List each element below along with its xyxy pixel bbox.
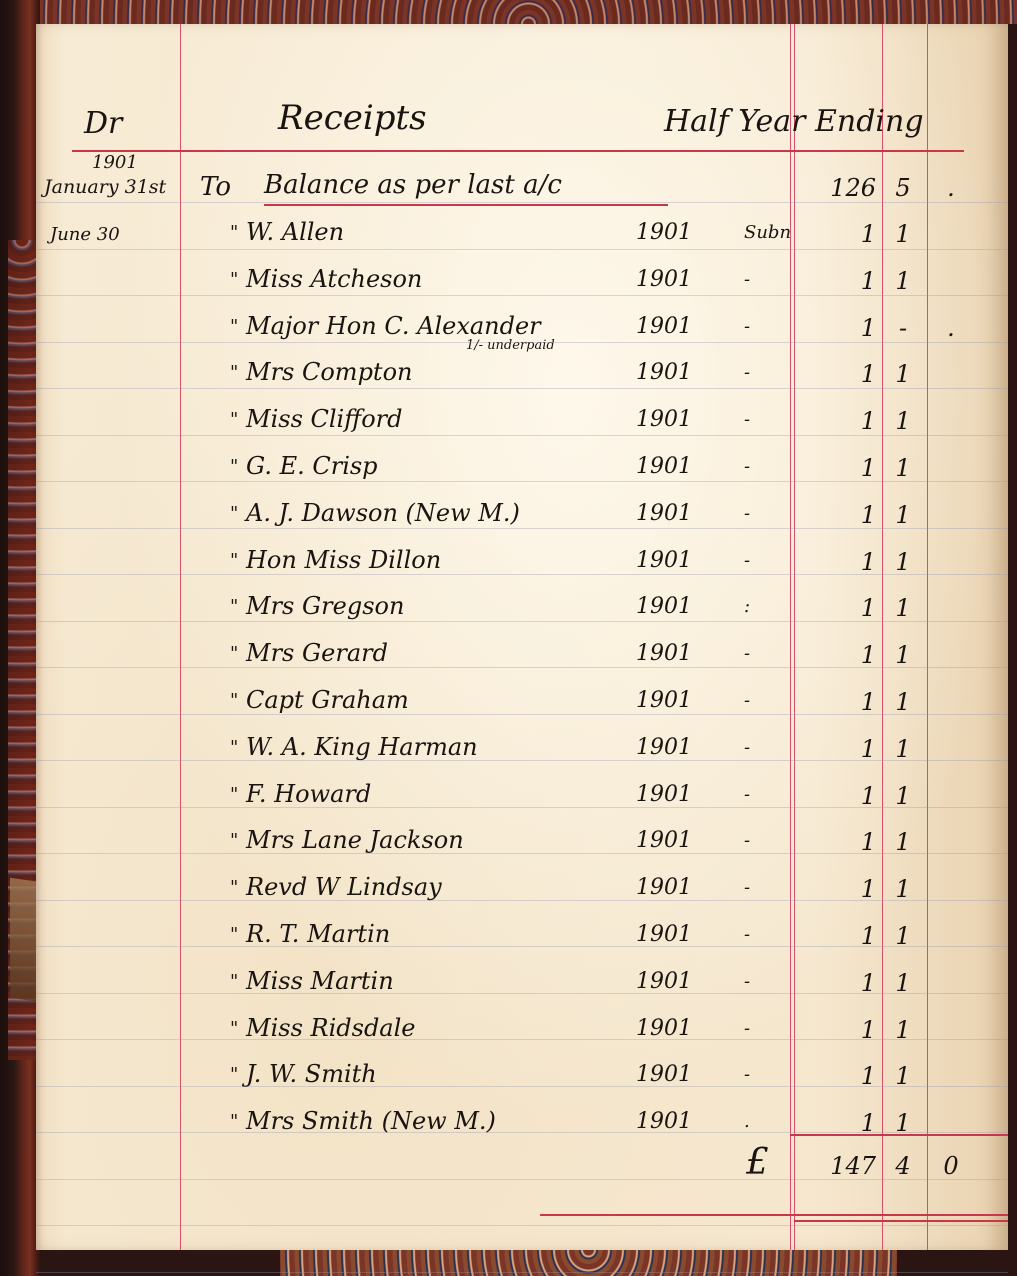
opening-date: January 31st bbox=[44, 176, 166, 198]
opening-year: 1901 bbox=[92, 152, 138, 173]
subscriber-name: Miss Atcheson bbox=[246, 265, 422, 293]
ruled-line bbox=[36, 853, 1008, 854]
subscription-year: 1901 bbox=[636, 454, 692, 479]
amount-pounds: 1 bbox=[816, 314, 876, 342]
ruled-line bbox=[36, 621, 1008, 622]
ruled-line bbox=[36, 760, 1008, 761]
total-pence: 0 bbox=[936, 1152, 966, 1180]
subscription-year: 1901 bbox=[636, 875, 692, 900]
opening-prefix: To bbox=[200, 172, 231, 202]
marbled-edge-top bbox=[40, 0, 1017, 24]
ruled-line bbox=[36, 1272, 1008, 1273]
subscription-year: 1901 bbox=[636, 922, 692, 947]
subscriber-name: Mrs Compton bbox=[246, 358, 412, 386]
ditto-mark: " bbox=[230, 409, 238, 430]
ditto-note: - bbox=[744, 924, 750, 945]
ledger-entry-row: "Capt Graham1901-11 bbox=[36, 682, 1008, 728]
ruled-line bbox=[36, 202, 1008, 203]
subscriber-sub-note: 1/- underpaid bbox=[466, 338, 555, 353]
ditto-mark: " bbox=[230, 924, 238, 945]
ledger-entry-row: "G. E. Crisp1901-11 bbox=[36, 448, 1008, 494]
dr-label: Dr bbox=[84, 106, 122, 141]
amount-pounds: 1 bbox=[816, 454, 876, 482]
ditto-mark: " bbox=[230, 269, 238, 290]
ditto-note: - bbox=[744, 830, 750, 851]
subscriber-name: Hon Miss Dillon bbox=[246, 546, 441, 574]
ledger-entry-row: "Mrs Compton1901-11 bbox=[36, 354, 1008, 400]
subscription-year: 1901 bbox=[636, 782, 692, 807]
subscription-year: 1901 bbox=[636, 1109, 692, 1134]
ditto-note: - bbox=[744, 550, 750, 571]
subscription-year: 1901 bbox=[636, 594, 692, 619]
ruled-line bbox=[36, 1039, 1008, 1040]
amount-shillings: 1 bbox=[888, 688, 918, 716]
subscriber-name: Major Hon C. Alexander bbox=[246, 312, 541, 340]
ditto-note: - bbox=[744, 316, 750, 337]
ruled-line bbox=[36, 1086, 1008, 1087]
ditto-note: - bbox=[744, 971, 750, 992]
subscriber-name: W. A. King Harman bbox=[246, 733, 478, 761]
amount-shillings: 1 bbox=[888, 220, 918, 248]
ditto-note: - bbox=[744, 877, 750, 898]
ruled-line bbox=[36, 435, 1008, 436]
subscriber-name: G. E. Crisp bbox=[246, 452, 378, 480]
total-pounds: 147 bbox=[816, 1152, 876, 1180]
ledger-entry-row: "J. W. Smith1901-11 bbox=[36, 1056, 1008, 1102]
amount-shillings: 1 bbox=[888, 782, 918, 810]
ditto-mark: " bbox=[230, 316, 238, 337]
amount-shillings: 1 bbox=[888, 735, 918, 763]
subscriber-name: Mrs Gerard bbox=[246, 639, 388, 667]
ditto-mark: " bbox=[230, 456, 238, 477]
amount-pounds: 1 bbox=[816, 501, 876, 529]
opening-underline bbox=[264, 204, 668, 206]
ledger-entry-row: "W. A. King Harman1901-11 bbox=[36, 729, 1008, 775]
ledger-entry-row: "Miss Atcheson1901-11 bbox=[36, 261, 1008, 307]
ditto-note: : bbox=[744, 596, 750, 617]
ruled-line bbox=[36, 528, 1008, 529]
ledger-entry-row: "Miss Clifford1901-11 bbox=[36, 401, 1008, 447]
subscriber-name: Miss Clifford bbox=[246, 405, 403, 433]
currency-symbol: £ bbox=[746, 1142, 769, 1183]
amount-shillings: 1 bbox=[888, 501, 918, 529]
ruled-line bbox=[36, 342, 1008, 343]
ditto-mark: " bbox=[230, 222, 238, 243]
ruled-line bbox=[36, 481, 1008, 482]
amount-shillings: 1 bbox=[888, 641, 918, 669]
ditto-note: - bbox=[744, 503, 750, 524]
ledger-entry-row: "Mrs Lane Jackson1901-11 bbox=[36, 822, 1008, 868]
ruled-line bbox=[36, 574, 1008, 575]
amount-pounds: 1 bbox=[816, 875, 876, 903]
ledger-entry-row: "F. Howard1901-11 bbox=[36, 776, 1008, 822]
ledger-entry-row: "Mrs Smith (New M.)1901.11 bbox=[36, 1103, 1008, 1149]
subscription-year: 1901 bbox=[636, 501, 692, 526]
amount-shillings: - bbox=[888, 314, 918, 342]
ruled-line bbox=[36, 295, 1008, 296]
subscription-year: 1901 bbox=[636, 1062, 692, 1087]
ditto-note: - bbox=[744, 690, 750, 711]
subscription-year: 1901 bbox=[636, 828, 692, 853]
ruled-line bbox=[36, 946, 1008, 947]
amount-shillings: 1 bbox=[888, 454, 918, 482]
amount-pounds: 1 bbox=[816, 407, 876, 435]
amount-shillings: 1 bbox=[888, 875, 918, 903]
subscriber-name: Mrs Gregson bbox=[246, 592, 404, 620]
amount-pounds: 1 bbox=[816, 220, 876, 248]
ditto-mark: " bbox=[230, 971, 238, 992]
ruled-line bbox=[36, 1132, 1008, 1133]
amount-pence: . bbox=[936, 314, 966, 342]
amount-shillings: 1 bbox=[888, 594, 918, 622]
opening-description: Balance as per last a/c bbox=[264, 170, 562, 200]
subscription-year: 1901 bbox=[636, 360, 692, 385]
subscriber-name: Miss Martin bbox=[246, 967, 394, 995]
ruled-line bbox=[36, 900, 1008, 901]
amount-pounds: 1 bbox=[816, 548, 876, 576]
ruled-line bbox=[36, 807, 1008, 808]
total-rule-2 bbox=[794, 1220, 1008, 1222]
total-rule-1 bbox=[540, 1214, 1008, 1216]
subscription-year: 1901 bbox=[636, 267, 692, 292]
subscriber-name: Capt Graham bbox=[246, 686, 409, 714]
ruled-line bbox=[36, 714, 1008, 715]
ledger-entry-row: "Revd W Lindsay1901-11 bbox=[36, 869, 1008, 915]
ditto-mark: " bbox=[230, 830, 238, 851]
ditto-note: Subn bbox=[744, 222, 791, 243]
ditto-note: - bbox=[744, 643, 750, 664]
ditto-note: - bbox=[744, 784, 750, 805]
subscriber-name: J. W. Smith bbox=[246, 1060, 377, 1088]
ruled-line bbox=[36, 667, 1008, 668]
page-title: Receipts bbox=[278, 98, 427, 138]
subscription-year: 1901 bbox=[636, 969, 692, 994]
amount-pounds: 1 bbox=[816, 360, 876, 388]
ledger-entry-row: "Miss Martin1901-11 bbox=[36, 963, 1008, 1009]
ledger-page: Dr Receipts Half Year Ending 1901 Januar… bbox=[36, 24, 1008, 1250]
subtotal-rule bbox=[790, 1134, 1008, 1136]
amount-pounds: 1 bbox=[816, 594, 876, 622]
subscriber-name: Revd W Lindsay bbox=[246, 873, 442, 901]
ledger-entry-row: "Major Hon C. Alexander1/- underpaid1901… bbox=[36, 308, 1008, 354]
subscription-year: 1901 bbox=[636, 641, 692, 666]
ditto-note: - bbox=[744, 409, 750, 430]
subscriber-name: Miss Ridsdale bbox=[246, 1014, 416, 1042]
amount-pounds: 1 bbox=[816, 641, 876, 669]
ditto-mark: " bbox=[230, 737, 238, 758]
ditto-note: - bbox=[744, 362, 750, 383]
ditto-mark: " bbox=[230, 784, 238, 805]
ditto-note: - bbox=[744, 456, 750, 477]
amount-pounds: 1 bbox=[816, 735, 876, 763]
ditto-mark: " bbox=[230, 877, 238, 898]
ruled-line bbox=[36, 249, 1008, 250]
opening-shillings: 5 bbox=[888, 174, 918, 202]
ruled-line bbox=[36, 388, 1008, 389]
header-rule bbox=[72, 150, 964, 152]
ditto-note: - bbox=[744, 1018, 750, 1039]
subscription-year: 1901 bbox=[636, 407, 692, 432]
ledger-entry-row: "Mrs Gerard1901-11 bbox=[36, 635, 1008, 681]
subscription-year: 1901 bbox=[636, 220, 692, 245]
ditto-note: - bbox=[744, 737, 750, 758]
ledger-entry-row: "Miss Ridsdale1901-11 bbox=[36, 1010, 1008, 1056]
ruled-line bbox=[36, 1225, 1008, 1226]
ditto-mark: " bbox=[230, 550, 238, 571]
ditto-note: - bbox=[744, 269, 750, 290]
subscriber-name: Mrs Smith (New M.) bbox=[246, 1107, 496, 1135]
total-shillings: 4 bbox=[888, 1152, 918, 1180]
subscriber-name: R. T. Martin bbox=[246, 920, 390, 948]
ditto-note: . bbox=[744, 1111, 750, 1132]
ditto-mark: " bbox=[230, 503, 238, 524]
ledger-entry-row: "Mrs Gregson1901:11 bbox=[36, 588, 1008, 634]
period-label: Half Year Ending bbox=[664, 104, 924, 139]
amount-pounds: 1 bbox=[816, 688, 876, 716]
opening-pence: . bbox=[936, 174, 966, 202]
ledger-entry-row: "W. Allen1901Subn11 bbox=[36, 214, 1008, 260]
ditto-mark: " bbox=[230, 1111, 238, 1132]
amount-shillings: 1 bbox=[888, 267, 918, 295]
subscriber-name: W. Allen bbox=[246, 218, 344, 246]
subscription-year: 1901 bbox=[636, 688, 692, 713]
subscriber-name: Mrs Lane Jackson bbox=[246, 826, 464, 854]
ditto-mark: " bbox=[230, 1018, 238, 1039]
amount-pounds: 1 bbox=[816, 267, 876, 295]
ledger-entry-row: "Hon Miss Dillon1901-11 bbox=[36, 542, 1008, 588]
ledger-entry-row: "R. T. Martin1901-11 bbox=[36, 916, 1008, 962]
ditto-mark: " bbox=[230, 643, 238, 664]
subscription-year: 1901 bbox=[636, 735, 692, 760]
subscriber-name: A. J. Dawson (New M.) bbox=[246, 499, 520, 527]
subscriber-name: F. Howard bbox=[246, 780, 371, 808]
amount-pounds: 1 bbox=[816, 782, 876, 810]
amount-shillings: 1 bbox=[888, 360, 918, 388]
subscription-year: 1901 bbox=[636, 314, 692, 339]
ditto-mark: " bbox=[230, 690, 238, 711]
amount-shillings: 1 bbox=[888, 548, 918, 576]
amount-shillings: 1 bbox=[888, 407, 918, 435]
ditto-mark: " bbox=[230, 362, 238, 383]
ditto-mark: " bbox=[230, 596, 238, 617]
ledger-entry-row: "A. J. Dawson (New M.)1901-11 bbox=[36, 495, 1008, 541]
opening-pounds: 126 bbox=[816, 174, 876, 202]
ditto-note: - bbox=[744, 1064, 750, 1085]
subscription-year: 1901 bbox=[636, 1016, 692, 1041]
ruled-line bbox=[36, 1179, 1008, 1180]
ditto-mark: " bbox=[230, 1064, 238, 1085]
ruled-line bbox=[36, 993, 1008, 994]
subscription-year: 1901 bbox=[636, 548, 692, 573]
